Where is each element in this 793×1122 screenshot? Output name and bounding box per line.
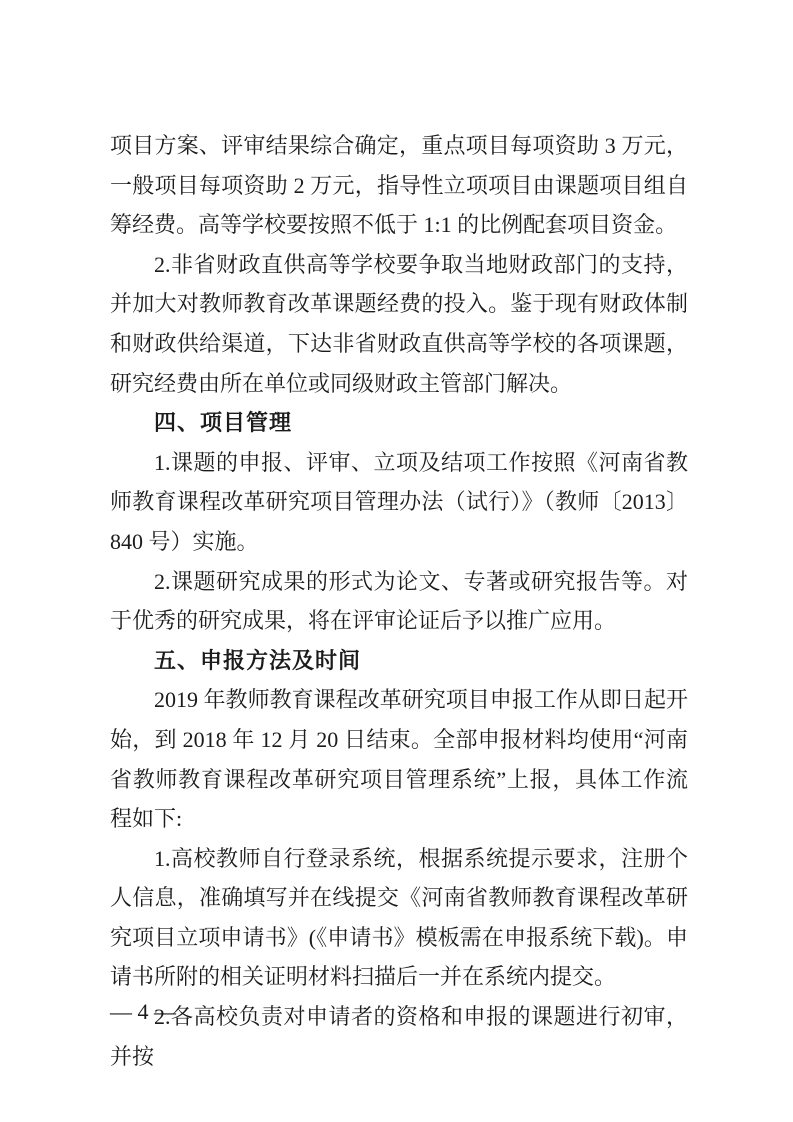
paragraph-research-results: 2.课题研究成果的形式为论文、专著或研究报告等。对于优秀的研究成果，将在评审论证…	[110, 562, 688, 641]
paragraph-management-measures: 1.课题的申报、评审、立项及结项工作按照《河南省教师教育课程改革研究项目管理办法…	[110, 443, 688, 562]
section-heading-application-method: 五、申报方法及时间	[110, 641, 688, 681]
document-body: 项目方案、评审结果综合确定，重点项目每项资助 3 万元，一般项目每项资助 2 万…	[110, 126, 688, 1076]
paragraph-funding-continuation: 项目方案、评审结果综合确定，重点项目每项资助 3 万元，一般项目每项资助 2 万…	[110, 126, 688, 245]
paragraph-university-review: 2.各高校负责对申请者的资格和申报的课题进行初审，并按	[110, 997, 688, 1076]
paragraph-application-timeline: 2019 年教师教育课程改革研究项目申报工作从即日起开始，到 2018 年 12…	[110, 680, 688, 838]
document-page: 项目方案、评审结果综合确定，重点项目每项资助 3 万元，一般项目每项资助 2 万…	[0, 0, 793, 1122]
page-number: — 4 —	[110, 998, 176, 1026]
section-heading-project-management: 四、项目管理	[110, 403, 688, 443]
paragraph-local-finance: 2.非省财政直供高等学校要争取当地财政部门的支持，并加大对教师教育改革课题经费的…	[110, 245, 688, 403]
paragraph-teacher-registration: 1.高校教师自行登录系统，根据系统提示要求，注册个人信息，准确填写并在线提交《河…	[110, 839, 688, 997]
